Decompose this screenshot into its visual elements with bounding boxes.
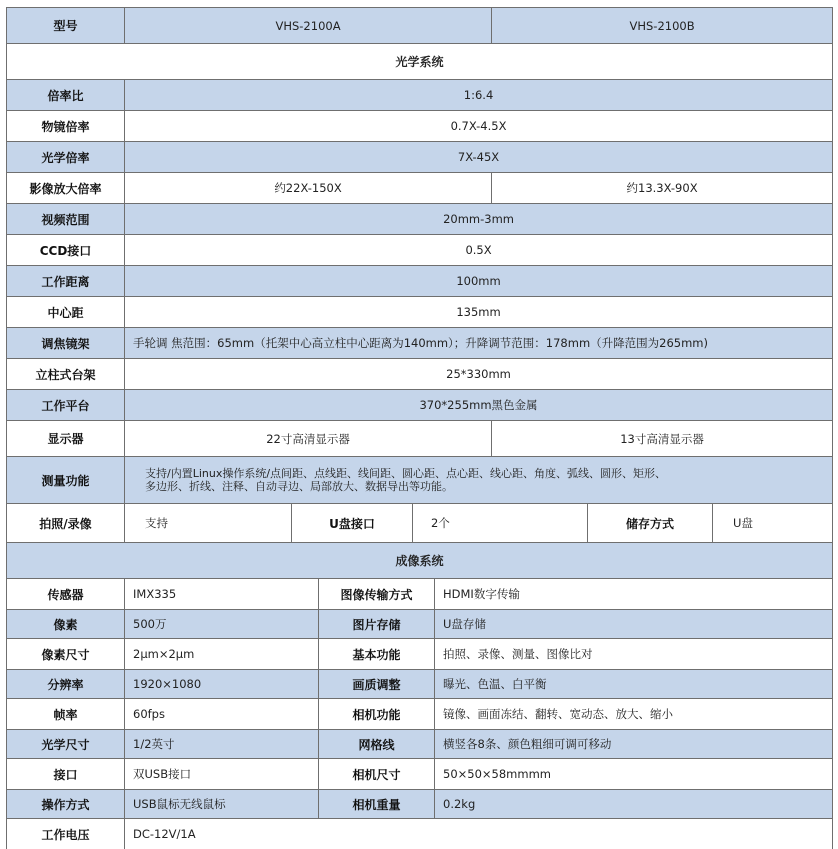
row-label-2: 相机尺寸 bbox=[319, 759, 435, 790]
row-label: 帧率 bbox=[7, 699, 125, 730]
row-value: 支持 bbox=[125, 504, 292, 543]
table-row: 测量功能 支持/内置Linux操作系统/点间距、点线距、线间距、圆心距、点心距、… bbox=[7, 457, 833, 504]
spec-table: 型号 VHS-2100A VHS-2100B 光学系统 倍率比 1:6.4 物镜… bbox=[6, 7, 833, 579]
row-label: 光学尺寸 bbox=[7, 730, 125, 759]
row-label: 工作电压 bbox=[7, 819, 125, 849]
row-label: 影像放大倍率 bbox=[7, 173, 125, 204]
row-label: CCD接口 bbox=[7, 235, 125, 266]
table-row: 显示器 22寸高清显示器 13寸高清显示器 bbox=[7, 421, 833, 457]
table-row: 工作电压 DC-12V/1A bbox=[7, 819, 833, 849]
row-label: 显示器 bbox=[7, 421, 125, 457]
section-optical: 光学系统 bbox=[7, 44, 833, 80]
row-value: 2μm×2μm bbox=[125, 639, 319, 670]
table-row: 物镜倍率 0.7X-4.5X bbox=[7, 111, 833, 142]
measure-line-1: 支持/内置Linux操作系统/点间距、点线距、线间距、圆心距、点心距、线心距、角… bbox=[145, 467, 792, 480]
storage-label: 储存方式 bbox=[588, 504, 713, 543]
row-value-2: 拍照、录像、测量、图像比对 bbox=[435, 639, 833, 670]
row-value: 7X-45X bbox=[125, 142, 833, 173]
row-label: 分辨率 bbox=[7, 670, 125, 699]
row-value-2: U盘存储 bbox=[435, 610, 833, 639]
row-label: 像素 bbox=[7, 610, 125, 639]
storage-value: U盘 bbox=[713, 504, 833, 543]
table-row: 光学倍率 7X-45X bbox=[7, 142, 833, 173]
row-label: 像素尺寸 bbox=[7, 639, 125, 670]
table-row: 立柱式台架 25*330mm bbox=[7, 359, 833, 390]
row-value: 20mm-3mm bbox=[125, 204, 833, 235]
row-label-2: 图片存储 bbox=[319, 610, 435, 639]
spec-sheet: 型号 VHS-2100A VHS-2100B 光学系统 倍率比 1:6.4 物镜… bbox=[6, 7, 832, 849]
usb-value: 2个 bbox=[413, 504, 588, 543]
row-label-2: 相机重量 bbox=[319, 790, 435, 819]
row-label-2: 网格线 bbox=[319, 730, 435, 759]
model-a: VHS-2100A bbox=[125, 8, 492, 44]
table-row: 帧率 60fps 相机功能 镜像、画面冻结、翻转、宽动态、放大、缩小 bbox=[7, 699, 833, 730]
row-label: 工作平台 bbox=[7, 390, 125, 421]
row-label: 中心距 bbox=[7, 297, 125, 328]
row-value: 0.7X-4.5X bbox=[125, 111, 833, 142]
row-label: 光学倍率 bbox=[7, 142, 125, 173]
model-b: VHS-2100B bbox=[492, 8, 833, 44]
table-row: 工作距离 100mm bbox=[7, 266, 833, 297]
row-label: 倍率比 bbox=[7, 80, 125, 111]
table-row: 操作方式 USB鼠标无线鼠标 相机重量 0.2kg bbox=[7, 790, 833, 819]
table-row: 中心距 135mm bbox=[7, 297, 833, 328]
table-row: 影像放大倍率 约22X-150X 约13.3X-90X bbox=[7, 173, 833, 204]
row-value: 1/2英寸 bbox=[125, 730, 319, 759]
section-title: 光学系统 bbox=[7, 44, 833, 80]
table-row: 调焦镜架 手轮调 焦范围：65mm（托架中心高立柱中心距离为140mm）；升降调… bbox=[7, 328, 833, 359]
row-value: 500万 bbox=[125, 610, 319, 639]
row-value-2: HDMI数字传输 bbox=[435, 579, 833, 610]
table-row: CCD接口 0.5X bbox=[7, 235, 833, 266]
row-value: 手轮调 焦范围：65mm（托架中心高立柱中心距离为140mm）；升降调节范围：1… bbox=[125, 328, 833, 359]
row-value: 370*255mm黑色金属 bbox=[125, 390, 833, 421]
row-value: 25*330mm bbox=[125, 359, 833, 390]
row-value-a: 约22X-150X bbox=[125, 173, 492, 204]
row-value-2: 0.2kg bbox=[435, 790, 833, 819]
row-value: 支持/内置Linux操作系统/点间距、点线距、线间距、圆心距、点心距、线心距、角… bbox=[125, 457, 833, 504]
row-label: 操作方式 bbox=[7, 790, 125, 819]
row-label: 调焦镜架 bbox=[7, 328, 125, 359]
header-row: 型号 VHS-2100A VHS-2100B bbox=[7, 8, 833, 44]
table-row: 分辨率 1920×1080 画质调整 曝光、色温、白平衡 bbox=[7, 670, 833, 699]
row-value: USB鼠标无线鼠标 bbox=[125, 790, 319, 819]
row-label-2: 基本功能 bbox=[319, 639, 435, 670]
row-value: 1:6.4 bbox=[125, 80, 833, 111]
row-label: 传感器 bbox=[7, 579, 125, 610]
row-value: DC-12V/1A bbox=[125, 819, 833, 849]
row-label: 测量功能 bbox=[7, 457, 125, 504]
row-value: 1920×1080 bbox=[125, 670, 319, 699]
row-value: 0.5X bbox=[125, 235, 833, 266]
table-row: 像素 500万 图片存储 U盘存储 bbox=[7, 610, 833, 639]
row-value-2: 横竖各8条、颜色粗细可调可移动 bbox=[435, 730, 833, 759]
row-label: 立柱式台架 bbox=[7, 359, 125, 390]
table-row: 工作平台 370*255mm黑色金属 bbox=[7, 390, 833, 421]
row-label-2: 画质调整 bbox=[319, 670, 435, 699]
row-label-2: 相机功能 bbox=[319, 699, 435, 730]
usb-label: U盘接口 bbox=[292, 504, 413, 543]
row-value: 60fps bbox=[125, 699, 319, 730]
row-label: 接口 bbox=[7, 759, 125, 790]
row-value: 双USB接口 bbox=[125, 759, 319, 790]
row-label: 拍照/录像 bbox=[7, 504, 125, 543]
table-row: 传感器 IMX335 图像传输方式 HDMI数字传输 bbox=[7, 579, 833, 610]
imaging-table: 传感器 IMX335 图像传输方式 HDMI数字传输 像素 500万 图片存储 … bbox=[6, 578, 833, 849]
table-row: 接口 双USB接口 相机尺寸 50×50×58mmmm bbox=[7, 759, 833, 790]
row-value-2: 镜像、画面冻结、翻转、宽动态、放大、缩小 bbox=[435, 699, 833, 730]
row-label: 视频范围 bbox=[7, 204, 125, 235]
row-label-2: 图像传输方式 bbox=[319, 579, 435, 610]
row-value-b: 13寸高清显示器 bbox=[492, 421, 833, 457]
capture-row: 拍照/录像 支持 U盘接口 2个 储存方式 U盘 bbox=[7, 504, 833, 543]
row-label: 物镜倍率 bbox=[7, 111, 125, 142]
row-value: IMX335 bbox=[125, 579, 319, 610]
row-value-a: 22寸高清显示器 bbox=[125, 421, 492, 457]
row-value-2: 50×50×58mmmm bbox=[435, 759, 833, 790]
table-row: 倍率比 1:6.4 bbox=[7, 80, 833, 111]
table-row: 像素尺寸 2μm×2μm 基本功能 拍照、录像、测量、图像比对 bbox=[7, 639, 833, 670]
model-label: 型号 bbox=[7, 8, 125, 44]
section-imaging: 成像系统 bbox=[7, 543, 833, 579]
row-value: 135mm bbox=[125, 297, 833, 328]
table-row: 视频范围 20mm-3mm bbox=[7, 204, 833, 235]
table-row: 光学尺寸 1/2英寸 网格线 横竖各8条、颜色粗细可调可移动 bbox=[7, 730, 833, 759]
row-value: 100mm bbox=[125, 266, 833, 297]
row-value-2: 曝光、色温、白平衡 bbox=[435, 670, 833, 699]
section-title: 成像系统 bbox=[7, 543, 833, 579]
row-label: 工作距离 bbox=[7, 266, 125, 297]
row-value-b: 约13.3X-90X bbox=[492, 173, 833, 204]
measure-line-2: 多边形、折线、注释、自动寻边、局部放大、数据导出等功能。 bbox=[145, 480, 792, 493]
